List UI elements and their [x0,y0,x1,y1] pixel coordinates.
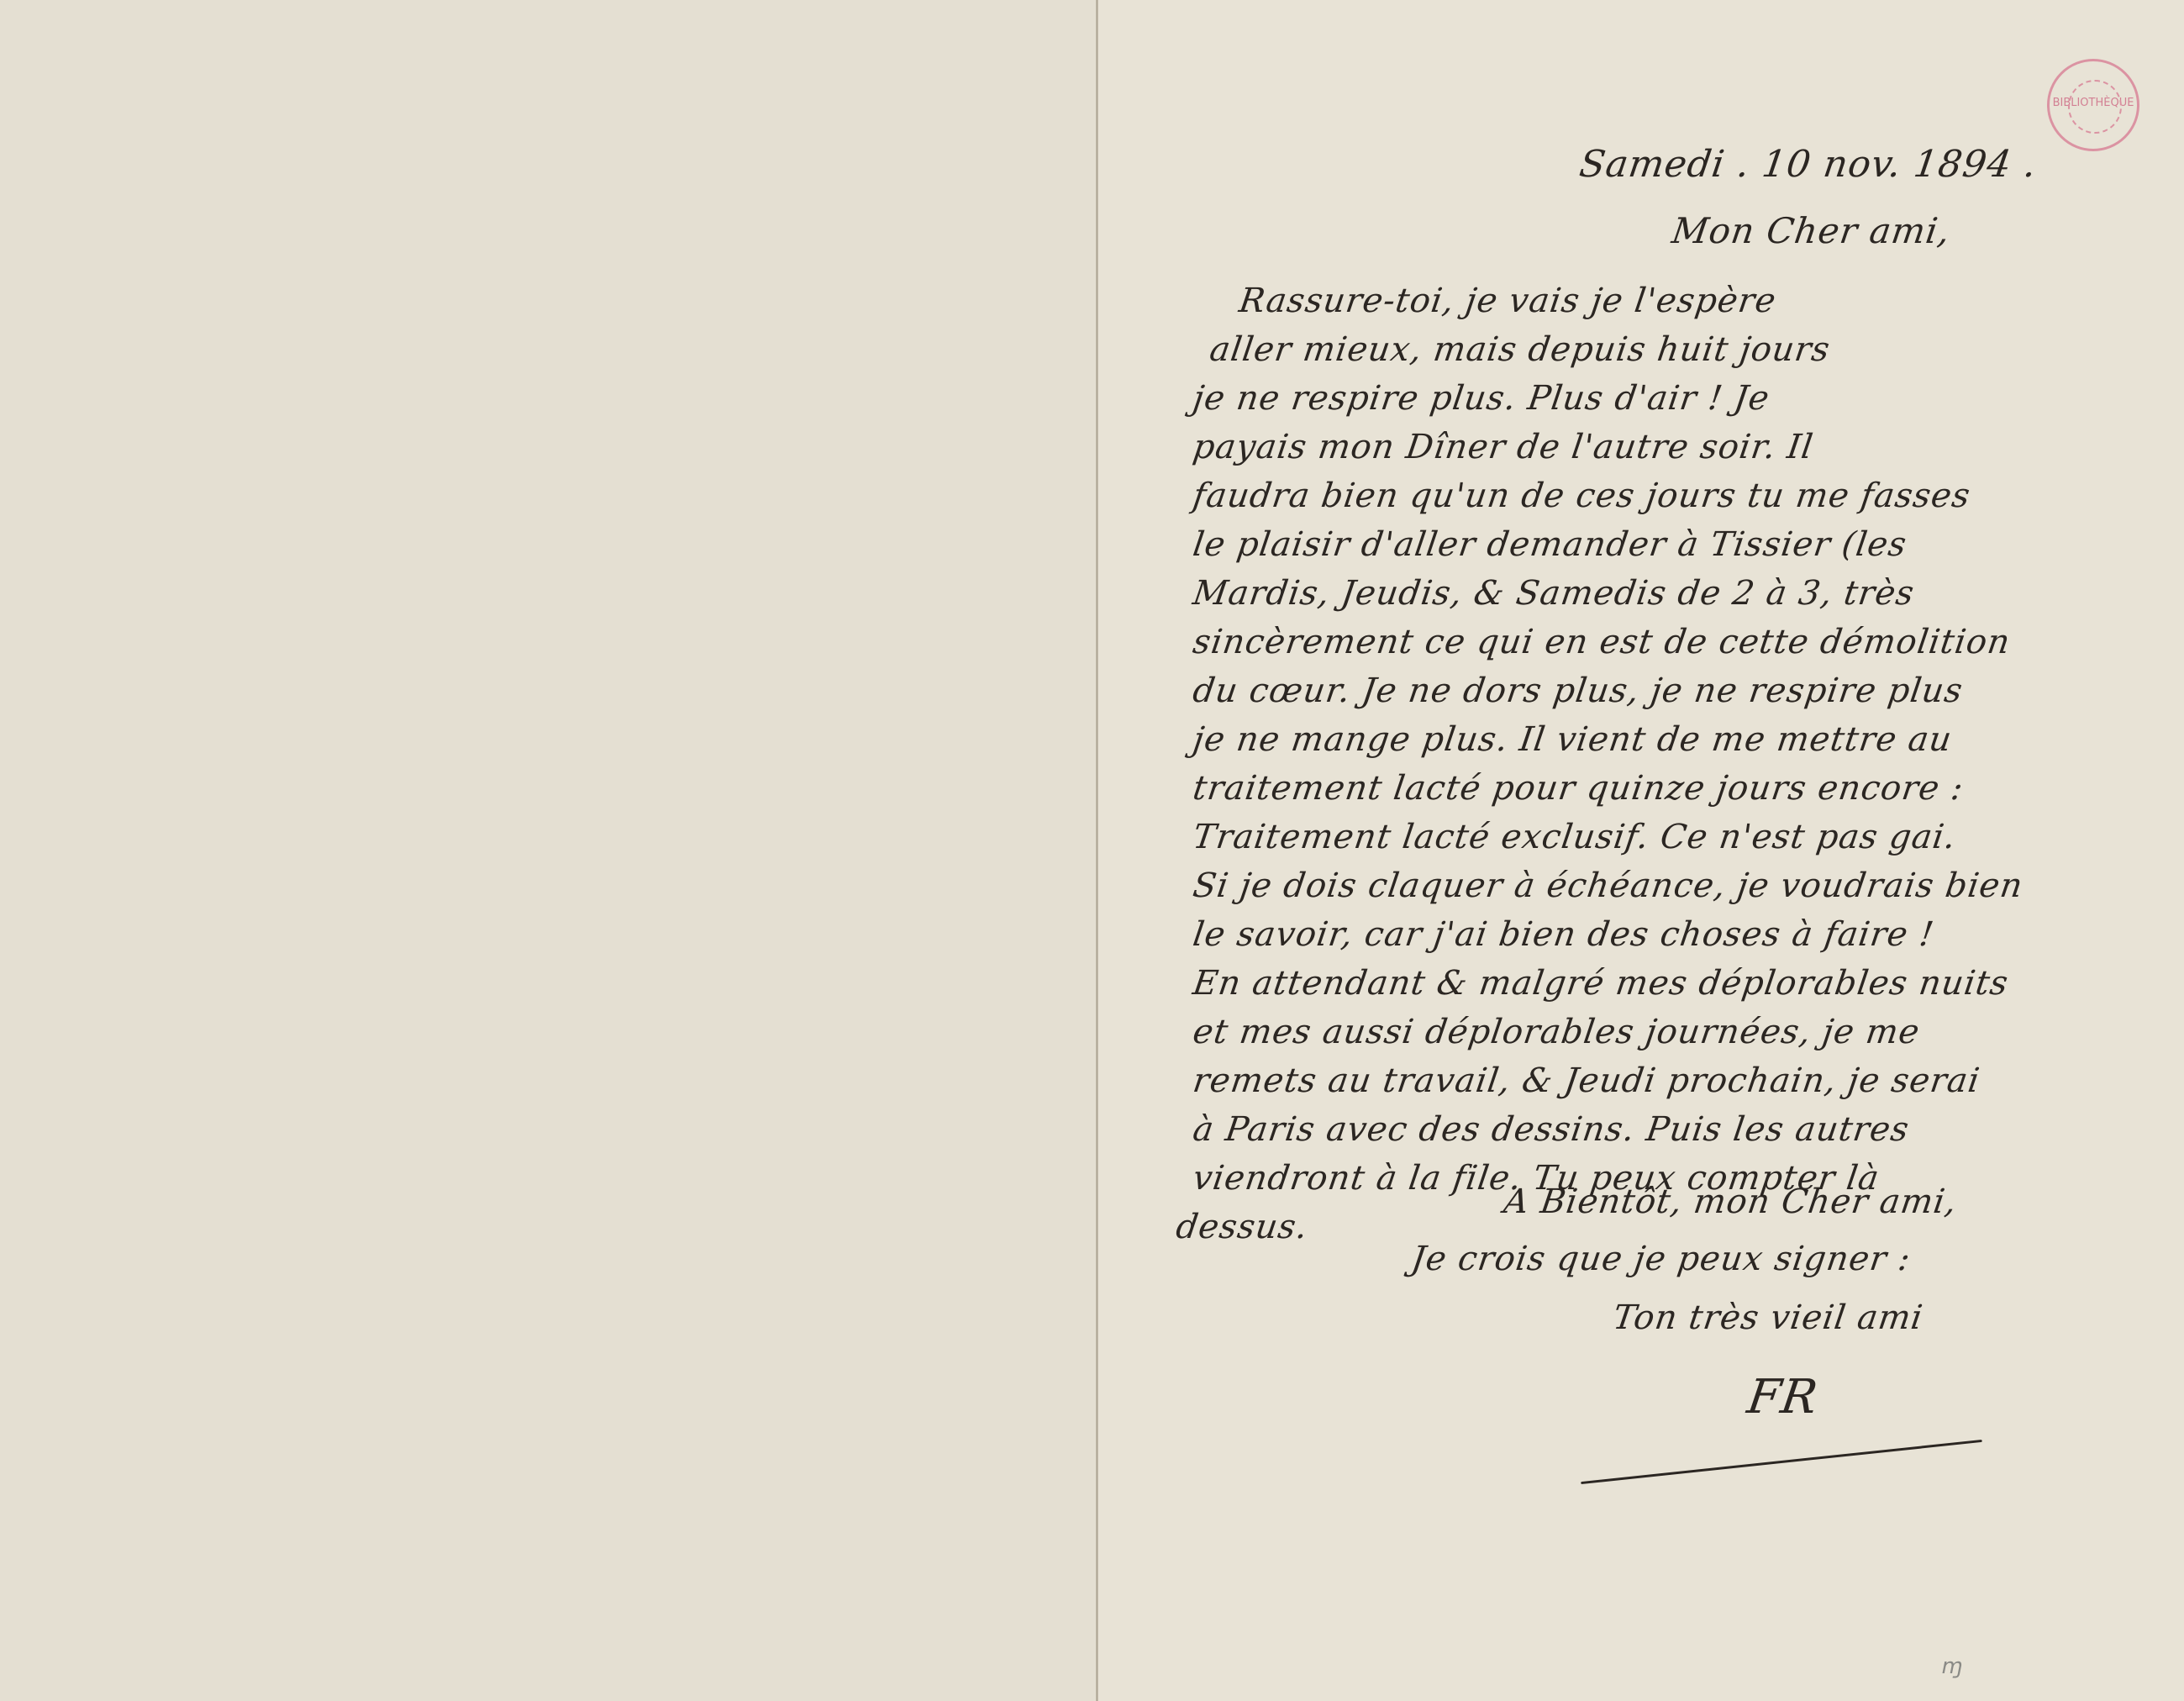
letter-line: Mardis, Jeudis, & Samedis de 2 à 3, très [1191,574,1917,613]
letter-line: faudra bien qu'un de ces jours tu me fas… [1191,477,1973,515]
letter-line: Traitement lacté exclusif. Ce n'est pas … [1191,818,1959,856]
letter-line: du cœur. Je ne dors plus, je ne respire … [1191,671,1966,710]
letter-line: Rassure-toi, je vais je l'espère [1237,282,1779,320]
library-stamp-icon: BIBLIOTHÈQUE [2047,59,2139,151]
letter-closing-bientot: A Bientôt, mon Cher ami, [1502,1182,1960,1221]
letter-line: dessus. [1174,1208,1311,1246]
letter-line: traitement lacté pour quinze jours encor… [1191,769,1966,808]
letter-line: je ne mange plus. Il vient de me mettre … [1191,720,1955,759]
letter-line: sincèrement ce qui en est de cette démol… [1191,623,2013,661]
letter-closing-signer: Je crois que je peux signer : [1409,1240,1913,1278]
letter-salutation: Mon Cher ami, [1670,210,1954,251]
letter-line: le savoir, car j'ai bien des choses à fa… [1191,915,1937,954]
letter-line: En attendant & malgré mes déplorables nu… [1191,964,2011,1003]
left-page-blank [0,0,1097,1701]
letter-line: payais mon Dîner de l'autre soir. Il [1191,428,1816,466]
letter-date: Samedi . 10 nov. 1894 . [1576,143,2039,186]
stamp-text: BIBLIOTHÈQUE [2050,97,2137,109]
letter-line: le plaisir d'aller demander à Tissier (l… [1191,525,1909,564]
letter-line: aller mieux, mais depuis huit jours [1208,330,1833,369]
letter-line: et mes aussi déplorables journées, je me [1191,1013,1923,1051]
letter-signature: FR [1744,1370,1821,1425]
letter-line: à Paris avec des dessins. Puis les autre… [1191,1110,1912,1149]
letter-line: remets au travail, & Jeudi prochain, je … [1191,1061,1982,1100]
letter-line: je ne respire plus. Plus d'air ! Je [1191,379,1772,418]
letter-closing-ami: Ton très vieil ami [1611,1298,1926,1337]
letter-line: Si je dois claquer à échéance, je voudra… [1191,866,2026,905]
pencil-corner-mark: ɱ [1941,1654,1962,1679]
